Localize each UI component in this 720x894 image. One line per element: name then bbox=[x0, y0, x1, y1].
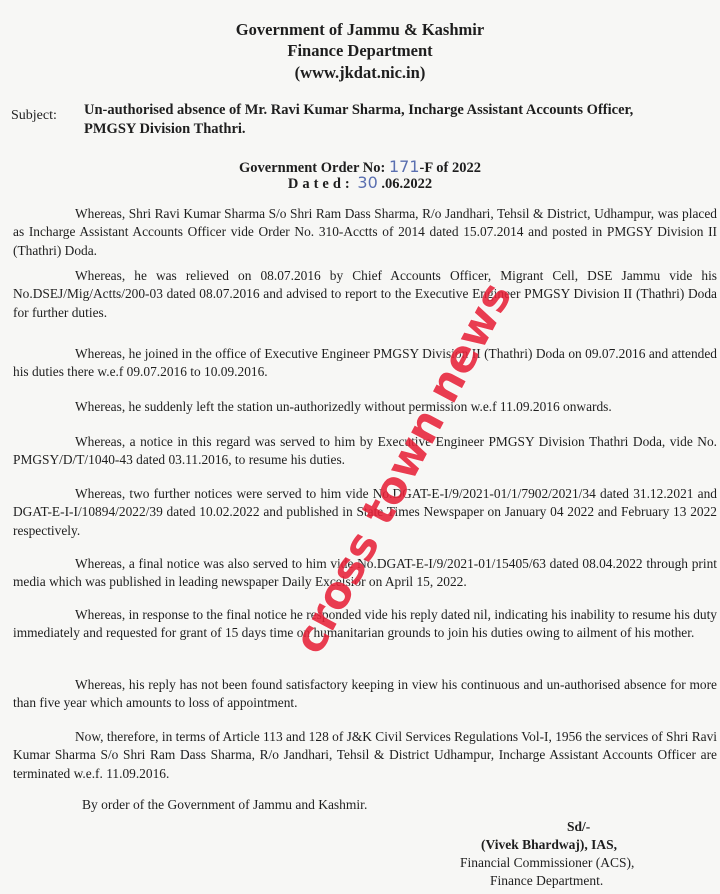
paragraph-9: Whereas, his reply has not been found sa… bbox=[13, 676, 717, 713]
dated-label: Dated: bbox=[288, 176, 354, 192]
header-government: Government of Jammu & Kashmir bbox=[0, 20, 720, 40]
paragraph-3: Whereas, he joined in the office of Exec… bbox=[13, 345, 717, 382]
header-department: Finance Department bbox=[0, 41, 720, 61]
paragraph-5: Whereas, a notice in this regard was ser… bbox=[13, 433, 717, 470]
signature-sd: Sd/- bbox=[567, 819, 590, 835]
signatory-designation: Financial Commissioner (ACS), bbox=[460, 855, 634, 871]
subject-label: Subject: bbox=[11, 108, 57, 124]
signatory-department: Finance Department. bbox=[490, 873, 603, 889]
order-date: Dated: 30 .06.2022 bbox=[0, 173, 720, 193]
subject-line-2: PMGSY Division Thathri. bbox=[84, 120, 684, 139]
closing-line: By order of the Government of Jammu and … bbox=[82, 797, 367, 813]
subject-text: Un-authorised absence of Mr. Ravi Kumar … bbox=[84, 101, 684, 139]
handwritten-date-day: 30 bbox=[357, 173, 377, 192]
dated-rest: .06.2022 bbox=[378, 176, 432, 192]
header-website: (www.jkdat.nic.in) bbox=[0, 63, 720, 83]
paragraph-4: Whereas, he suddenly left the station un… bbox=[13, 398, 717, 416]
subject-line-1: Un-authorised absence of Mr. Ravi Kumar … bbox=[84, 101, 684, 120]
paragraph-10: Now, therefore, in terms of Article 113 … bbox=[13, 728, 717, 783]
government-order-document: Government of Jammu & Kashmir Finance De… bbox=[0, 0, 720, 894]
paragraph-8: Whereas, in response to the final notice… bbox=[13, 606, 717, 643]
paragraph-2: Whereas, he was relieved on 08.07.2016 b… bbox=[13, 267, 717, 322]
paragraph-1: Whereas, Shri Ravi Kumar Sharma S/o Shri… bbox=[13, 205, 717, 260]
signatory-name: (Vivek Bhardwaj), IAS, bbox=[481, 837, 617, 853]
